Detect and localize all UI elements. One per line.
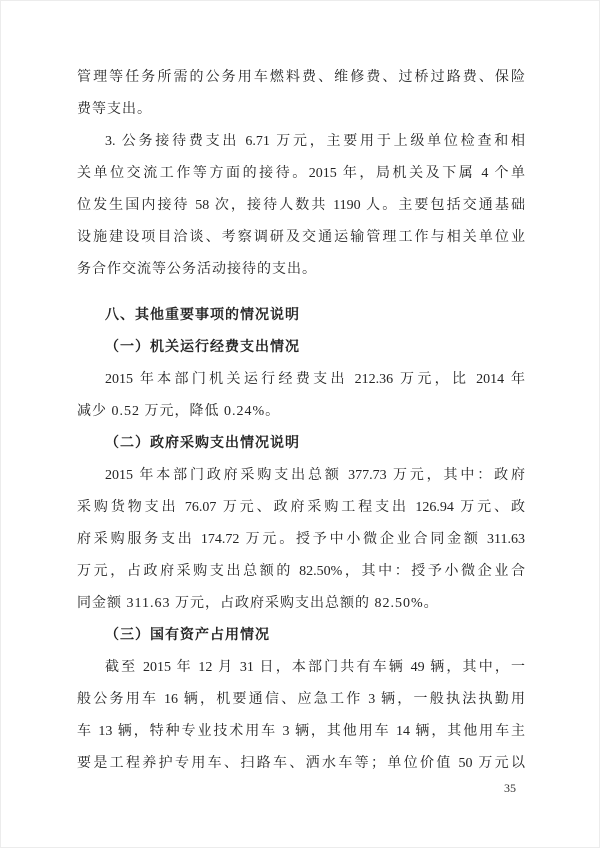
text-line: 费等支出。 <box>77 94 525 126</box>
text-line: 3. 公务接待费支出 6.71 万元，主要用于上级单位检查和相 <box>77 126 525 158</box>
heading-line: （一）机关运行经费支出情况 <box>77 332 525 364</box>
text-line: 府采购服务支出 174.72 万元。授予中小微企业合同金额 311.63 <box>77 524 525 556</box>
page-number: 35 <box>499 781 521 796</box>
text-line: 2015 年本部门机关运行经费支出 212.36 万元，比 2014 年 <box>77 364 525 396</box>
text-line: 位发生国内接待 58 次，接待人数共 1190 人。主要包括交通基础 <box>77 190 525 222</box>
document-body: 管理等任务所需的公务用车燃料费、维修费、过桥过路费、保险费等支出。3. 公务接待… <box>77 62 525 780</box>
text-line: 2015 年本部门政府采购支出总额 377.73 万元，其中：政府 <box>77 460 525 492</box>
text-line: 般公务用车 16 辆，机要通信、应急工作 3 辆，一般执法执勤用 <box>77 684 525 716</box>
text-line: 减少 0.52 万元，降低 0.24%。 <box>77 396 525 428</box>
text-line: 要是工程养护专用车、扫路车、洒水车等；单位价值 50 万元以 <box>77 748 525 780</box>
text-line: 同金额 311.63 万元，占政府采购支出总额的 82.50%。 <box>77 588 525 620</box>
text-line: 万元，占政府采购支出总额的 82.50%，其中：授予小微企业合 <box>77 556 525 588</box>
heading-line: （二）政府采购支出情况说明 <box>77 428 525 460</box>
text-line: 关单位交流工作等方面的接待。2015 年，局机关及下属 4 个单 <box>77 158 525 190</box>
text-line: 截至 2015 年 12 月 31 日，本部门共有车辆 49 辆，其中，一 <box>77 652 525 684</box>
paragraph-spacer <box>77 286 525 300</box>
text-line: 采购货物支出 76.07 万元、政府采购工程支出 126.94 万元、政 <box>77 492 525 524</box>
text-line: 管理等任务所需的公务用车燃料费、维修费、过桥过路费、保险 <box>77 62 525 94</box>
text-line: 车 13 辆，特种专业技术用车 3 辆，其他用车 14 辆，其他用车主 <box>77 716 525 748</box>
text-line: 设施建设项目洽谈、考察调研及交通运输管理工作与相关单位业 <box>77 222 525 254</box>
heading-line: （三）国有资产占用情况 <box>77 620 525 652</box>
heading-line: 八、其他重要事项的情况说明 <box>77 300 525 332</box>
document-page: 管理等任务所需的公务用车燃料费、维修费、过桥过路费、保险费等支出。3. 公务接待… <box>0 0 600 848</box>
text-line: 务合作交流等公务活动接待的支出。 <box>77 254 525 286</box>
